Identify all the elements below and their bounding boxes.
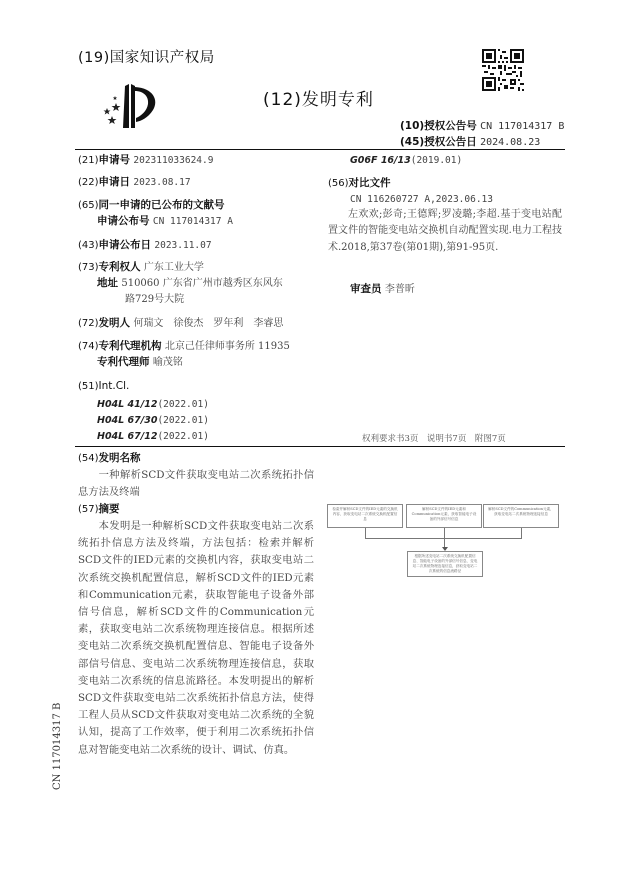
field-label: 发明人: [99, 317, 131, 329]
abstract-heading: (57)摘要: [78, 502, 120, 517]
qr-code-icon[interactable]: [482, 49, 524, 91]
ipc-code: G06F 16/13: [350, 155, 411, 166]
int-cl-item: H04L 67/30(2022.01): [97, 413, 209, 428]
examiner: 审查员 李普昕: [350, 282, 415, 297]
reference-citation: 左欢欢;彭奇;王德辉;罗凌璐;李超.基于变电站配置文件的智能变电站交换机自动配置…: [328, 207, 562, 256]
connector-line: [444, 528, 445, 538]
field-number: (74): [78, 341, 99, 352]
field-value: 北京己任律师事务所 11935: [165, 341, 290, 352]
field-value: CN 116260727 A,2023.06.13: [350, 194, 493, 205]
field-label: 发明名称: [99, 452, 141, 464]
ipc-version: (2019.01): [411, 155, 462, 166]
field-value: 广东工业大学: [144, 262, 204, 273]
invention-title-heading: (54)发明名称: [78, 451, 141, 466]
grant-pub-no-label: (10)授权公告号: [400, 120, 477, 132]
field-number: (51): [78, 381, 99, 392]
field-label: 申请公布号: [97, 215, 150, 227]
same-application-publication: (65)同一申请的已公布的文献号: [78, 198, 225, 213]
field-value: 510060 广东省广州市越秀区东风东: [121, 278, 282, 289]
field-label: 申请公布日: [99, 239, 152, 251]
ipc-version: (2022.01): [157, 399, 208, 410]
references-cited: (56)对比文件: [328, 176, 391, 191]
page-counts: 权利要求书3页 说明书7页 附图7页: [362, 432, 506, 444]
application-number: (21)申请号 202311033624.9: [78, 153, 213, 168]
flow-step-4: 根据所述变电站二次系统交换机配置信息、智能电子设备的外部信号信息、变电站二次系统…: [407, 551, 483, 577]
field-value: 喻茂铭: [153, 357, 183, 368]
patentee: (73)专利权人 广东工业大学: [78, 260, 204, 275]
field-number: (22): [78, 177, 99, 188]
abstract-figure-flowchart: 检索并解析SCD文件的IED元素的交换机内容，获取变电站二次系统交换机配置信息 …: [325, 500, 605, 580]
field-label: 专利代理师: [97, 356, 150, 368]
field-label: 审查员: [350, 283, 382, 295]
field-number: (43): [78, 240, 99, 251]
field-value: 202311033624.9: [133, 155, 213, 166]
grant-pub-no-value: CN 117014317 B: [480, 121, 564, 132]
cnipa-logo-icon: [103, 78, 163, 130]
flow-step-3: 解析SCD文件的Communication元素，获取变电站二次系统物理连接信息: [483, 504, 559, 528]
address-continued: 路729号大院: [125, 292, 184, 307]
ipc-version: (2022.01): [157, 415, 208, 426]
ipc-version: (2022.01): [157, 431, 208, 442]
patent-agency: (74)专利代理机构 北京己任律师事务所 11935: [78, 339, 290, 354]
int-cl: (51)Int.Cl.: [78, 379, 129, 394]
side-publication-number: CN 117014317 B: [52, 703, 63, 790]
int-cl-item: H04L 67/12(2022.01): [97, 429, 209, 444]
ipc-code: H04L 67/30: [97, 415, 157, 426]
connector-line: [521, 528, 522, 538]
field-value: 何瑞文 徐俊杰 罗年利 李睿思: [133, 318, 283, 329]
field-value: 2023.08.17: [133, 177, 190, 188]
field-value: CN 117014317 A: [153, 216, 233, 227]
ipc-code: H04L 41/12: [97, 399, 157, 410]
address: 地址 510060 广东省广州市越秀区东风东: [97, 276, 283, 291]
application-publication-date: (43)申请公布日 2023.11.07: [78, 238, 212, 253]
grant-pub-date-value: 2024.08.23: [480, 137, 540, 148]
document-type: (12)发明专利: [263, 85, 374, 110]
field-label: 申请号: [99, 154, 131, 166]
application-publication-number: 申请公布号 CN 117014317 A: [97, 214, 233, 229]
field-value: 2023.11.07: [154, 240, 211, 251]
grant-publication-number: (10)授权公告号 CN 117014317 B: [400, 118, 564, 133]
field-number: (65): [78, 200, 99, 211]
field-number: (57): [78, 504, 99, 515]
application-date: (22)申请日 2023.08.17: [78, 175, 191, 190]
field-value: 路729号大院: [125, 294, 184, 305]
field-label: 专利权人: [99, 261, 141, 273]
connector-line: [365, 528, 366, 538]
flow-step-1: 检索并解析SCD文件的IED元素的交换机内容，获取变电站二次系统交换机配置信息: [327, 504, 403, 528]
reference-document: CN 116260727 A,2023.06.13: [350, 192, 493, 207]
header-divider: [75, 149, 565, 150]
field-label: 申请日: [99, 176, 131, 188]
field-label: 地址: [97, 277, 118, 289]
field-number: (73): [78, 262, 99, 273]
field-number: (54): [78, 453, 99, 464]
flow-step-2: 解析SCD文件的IED元素和Communication元素，获取智能电子设备的外…: [406, 504, 482, 528]
grant-pub-date-label: (45)授权公告日: [400, 136, 477, 148]
int-cl-continued: G06F 16/13(2019.01): [350, 153, 462, 168]
grant-publication-date: (45)授权公告日 2024.08.23: [400, 134, 540, 149]
abstract-text: 本发明是一种解析SCD文件获取变电站二次系统拓扑信息方法及终端，方法包括：检索并…: [78, 518, 314, 759]
field-value: 李普昕: [385, 284, 415, 295]
int-cl-item: H04L 41/12(2022.01): [97, 397, 209, 412]
field-label: 对比文件: [349, 177, 391, 189]
field-label: 摘要: [99, 503, 120, 515]
office-name: (19)国家知识产权局: [78, 46, 215, 67]
field-label: 同一申请的已公布的文献号: [99, 199, 225, 211]
field-number: (21): [78, 155, 99, 166]
patent-agent: 专利代理师 喻茂铭: [97, 355, 183, 370]
section-divider: [75, 446, 565, 447]
inventors: (72)发明人 何瑞文 徐俊杰 罗年利 李睿思: [78, 316, 283, 331]
ipc-code: H04L 67/12: [97, 431, 157, 442]
field-number: (72): [78, 318, 99, 329]
invention-title: 一种解析SCD文件获取变电站二次系统拓扑信息方法及终端: [78, 467, 314, 501]
field-label: 专利代理机构: [99, 340, 162, 352]
field-label: Int.Cl.: [99, 380, 130, 392]
field-number: (56): [328, 178, 349, 189]
